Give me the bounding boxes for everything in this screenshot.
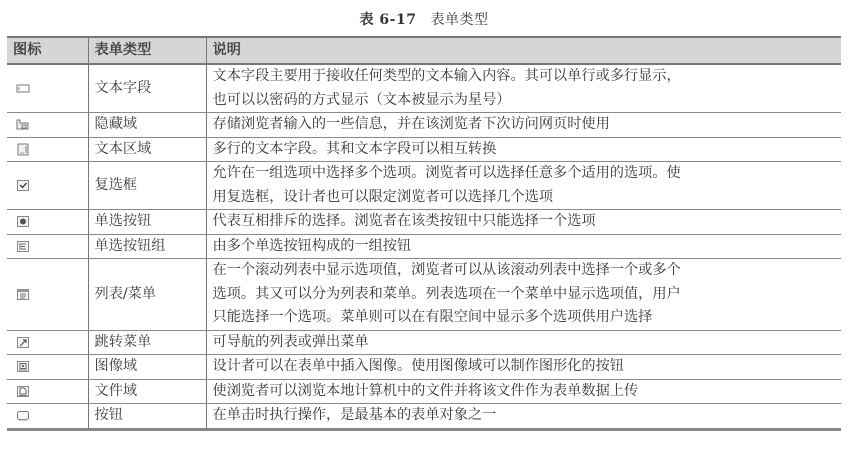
table-row: 单选按钮组 由多个单选按钮构成的一组按钮 [7,234,841,259]
radio-button-icon [16,215,30,227]
table-row: 文本区域 多行的文本字段。其和文本字段可以相互转换 [7,137,841,162]
type-cell: 文件域 [88,379,206,404]
description-cell: 设计者可以在表单中插入图像。使用图像域可以制作图形化的按钮 [206,355,841,380]
header-type: 表单类型 [88,37,206,64]
type-cell: 文本区域 [88,137,206,162]
table-row: 跳转菜单 可导航的列表或弹出菜单 [7,330,841,355]
description-cell: 文本字段主要用于接收任何类型的文本输入内容。其可以单行或多行显示， 也可以以密码… [206,64,841,113]
description-cell: 存储浏览者输入的一些信息，并在该浏览者下次访问网页时使用 [206,113,841,138]
table-header-row: 图标 表单类型 说明 [7,37,841,64]
image-field-icon [16,360,30,372]
textarea-icon [16,143,30,155]
list-menu-icon [16,288,30,300]
description-cell: 由多个单选按钮构成的一组按钮 [206,234,841,259]
radio-group-icon [16,240,30,252]
file-field-icon [16,385,30,397]
header-description: 说明 [206,37,841,64]
table-row: 列表/菜单 在一个滚动列表中显示选项值，浏览者可以从该滚动列表中选择一个或多个 … [7,259,841,331]
type-cell: 复选框 [88,162,206,210]
table-row: 隐藏域 存储浏览者输入的一些信息，并在该浏览者下次访问网页时使用 [7,113,841,138]
type-cell: 图像域 [88,355,206,380]
table-row: 图像域 设计者可以在表单中插入图像。使用图像域可以制作图形化的按钮 [7,355,841,380]
table-row: 文件域 使浏览者可以浏览本地计算机中的文件并将该文件作为表单数据上传 [7,379,841,404]
type-cell: 列表/菜单 [88,259,206,331]
hidden-field-icon [16,118,30,130]
type-cell: 隐藏域 [88,113,206,138]
description-cell: 允许在一组选项中选择多个选项。浏览者可以选择任意多个适用的选项。使 用复选框，设… [206,162,841,210]
type-cell: 跳转菜单 [88,330,206,355]
header-icon: 图标 [7,37,88,64]
type-cell: 单选按钮 [88,210,206,235]
text-field-icon [16,82,30,94]
table-row: 单选按钮 代表互相排斥的选择。浏览者在该类按钮中只能选择一个选项 [7,210,841,235]
description-cell: 在单击时执行操作，是最基本的表单对象之一 [206,404,841,430]
description-cell: 在一个滚动列表中显示选项值，浏览者可以从该滚动列表中选择一个或多个 选项。其又可… [206,259,841,331]
jump-menu-icon [16,336,30,348]
type-cell: 单选按钮组 [88,234,206,259]
table-row: 按钮 在单击时执行操作，是最基本的表单对象之一 [7,404,841,430]
type-cell: 文本字段 [88,64,206,113]
form-types-table: 图标 表单类型 说明 文本字段 文本字段主要用于接收任何类型的文本输入内容。其可… [7,36,841,431]
table-row: 复选框 允许在一组选项中选择多个选项。浏览者可以选择任意多个适用的选项。使 用复… [7,162,841,210]
caption-number: 表 6-17 [360,12,417,28]
description-cell: 代表互相排斥的选择。浏览者在该类按钮中只能选择一个选项 [206,210,841,235]
table-row: 文本字段 文本字段主要用于接收任何类型的文本输入内容。其可以单行或多行显示， 也… [7,64,841,113]
caption-title: 表单类型 [430,12,488,28]
description-cell: 可导航的列表或弹出菜单 [206,330,841,355]
checkbox-icon [16,179,30,191]
table-caption: 表 6-17表单类型 [0,9,848,29]
button-icon [16,409,30,421]
description-cell: 使浏览者可以浏览本地计算机中的文件并将该文件作为表单数据上传 [206,379,841,404]
type-cell: 按钮 [88,404,206,430]
description-cell: 多行的文本字段。其和文本字段可以相互转换 [206,137,841,162]
